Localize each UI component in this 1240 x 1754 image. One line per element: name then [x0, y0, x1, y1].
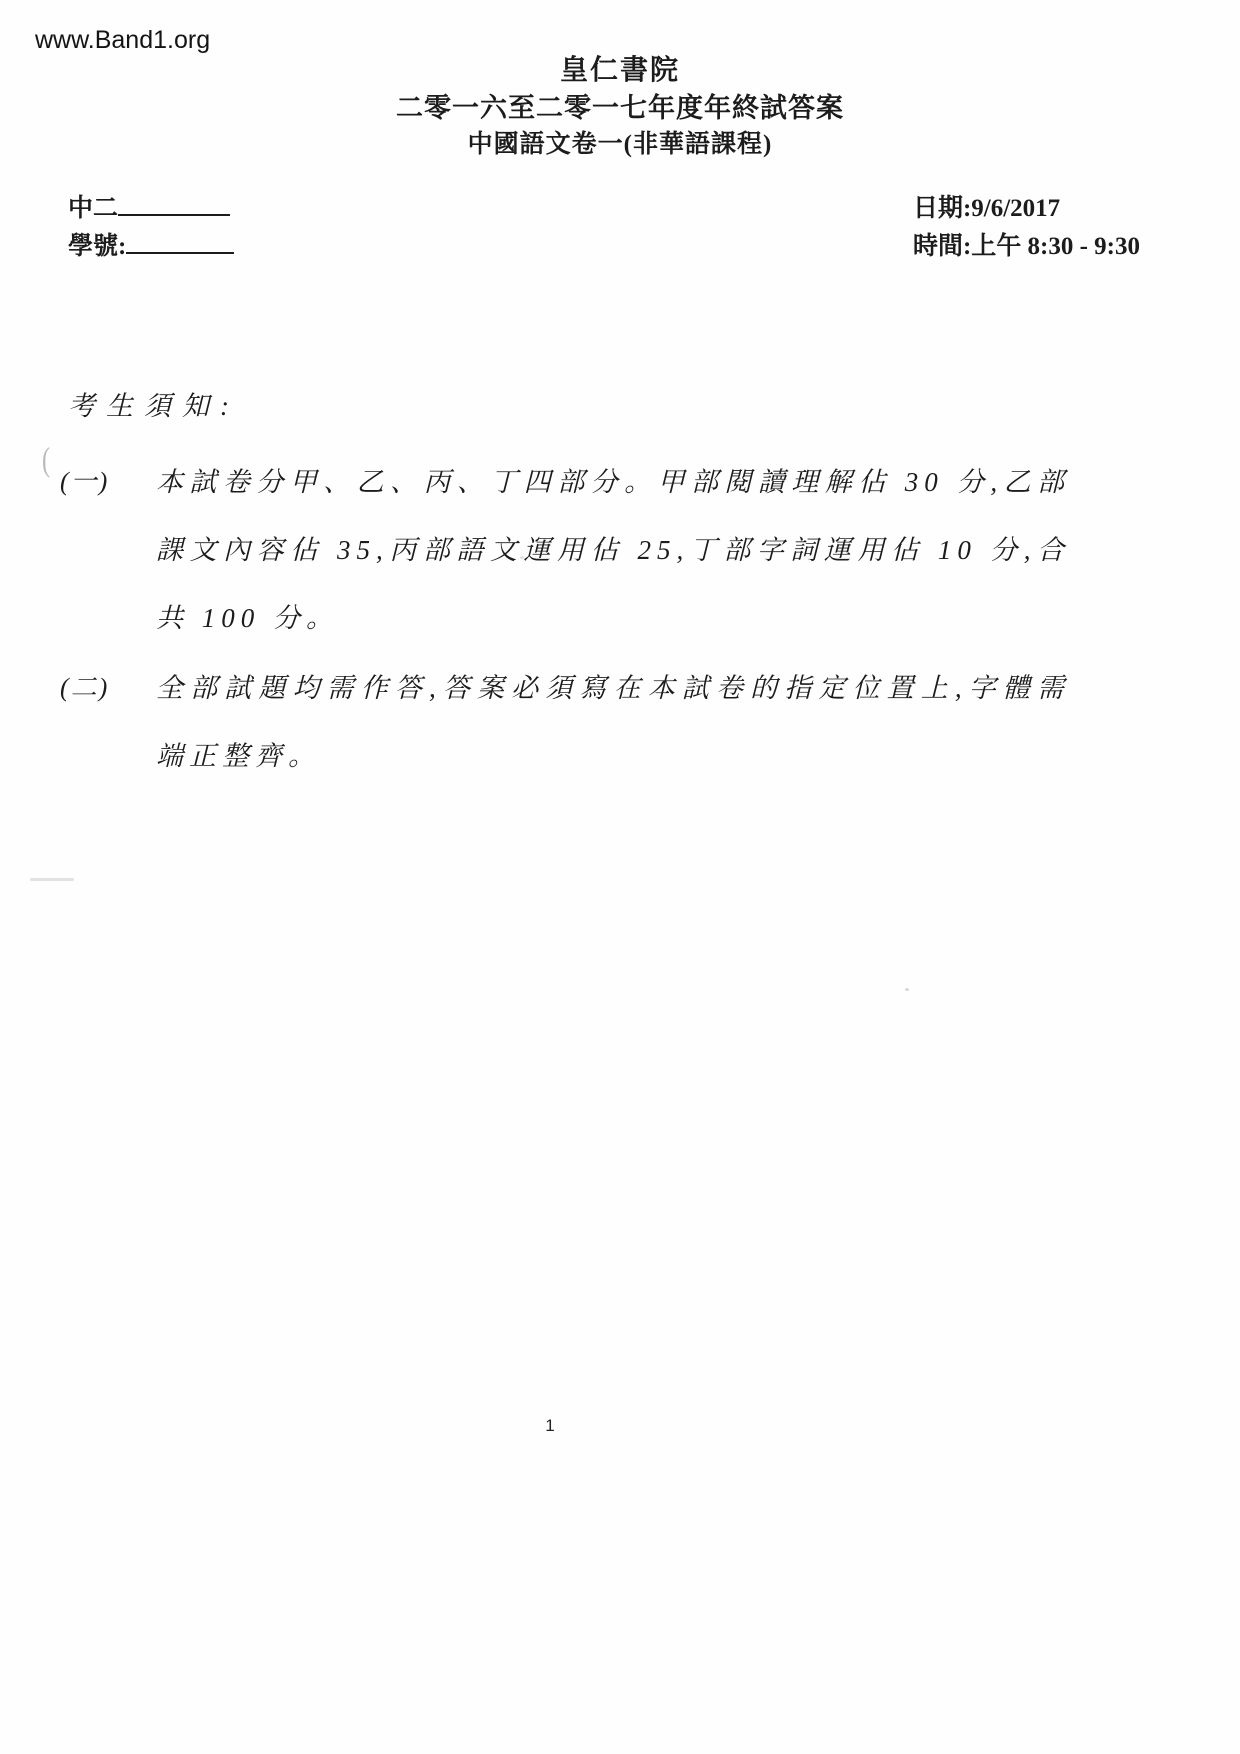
school-name: 皇仁書院	[0, 52, 1240, 90]
time-label: 時間:	[913, 233, 971, 260]
exam-title: 二零一六至二零一七年度年終試答案	[0, 90, 1240, 127]
class-row: 中二	[68, 190, 234, 228]
student-no-label: 學號:	[68, 233, 126, 260]
instructions-list: (一) 本試卷分甲、乙、丙、丁四部分。甲部閱讀理解佔 30 分,乙部課文內容佔 …	[60, 448, 1070, 792]
candidate-notice-heading: 考生須知:	[68, 384, 240, 423]
exam-info-block: 日期:9/6/2017 時間:上午 8:30 - 9:30	[913, 190, 1140, 266]
instruction-item: (二) 全部試題均需作答,答案必須寫在本試卷的指定位置上,字體需端正整齊。	[60, 654, 1070, 790]
class-blank-field	[118, 190, 230, 216]
time-row: 時間:上午 8:30 - 9:30	[913, 228, 1140, 266]
student-no-blank-field	[126, 228, 234, 254]
document-header: 皇仁書院 二零一六至二零一七年度年終試答案 中國語文卷一(非華語課程)	[0, 52, 1240, 163]
scanned-exam-page: www.Band1.org 皇仁書院 二零一六至二零一七年度年終試答案 中國語文…	[0, 0, 1240, 1754]
student-info-block: 中二 學號:	[68, 190, 234, 266]
date-label: 日期:	[913, 195, 971, 222]
instruction-text: 本試卷分甲、乙、丙、丁四部分。甲部閱讀理解佔 30 分,乙部課文內容佔 35,丙…	[156, 448, 1070, 652]
scan-artifact	[30, 878, 74, 881]
student-no-row: 學號:	[68, 228, 234, 266]
instruction-text: 全部試題均需作答,答案必須寫在本試卷的指定位置上,字體需端正整齊。	[156, 654, 1070, 790]
scan-artifact: (	[42, 443, 50, 481]
date-row: 日期:9/6/2017	[913, 190, 1140, 228]
date-value: 9/6/2017	[971, 195, 1060, 222]
watermark-site-url: www.Band1.org	[35, 26, 210, 55]
scan-artifact	[905, 988, 909, 991]
paper-title: 中國語文卷一(非華語課程)	[0, 127, 1240, 163]
info-row: 中二 學號: 日期:9/6/2017 時間:上午 8:30 - 9:30	[68, 190, 1140, 266]
instruction-item: (一) 本試卷分甲、乙、丙、丁四部分。甲部閱讀理解佔 30 分,乙部課文內容佔 …	[60, 448, 1070, 652]
class-label: 中二	[68, 195, 118, 222]
instruction-number: (一)	[60, 448, 156, 516]
time-value: 上午 8:30 - 9:30	[971, 233, 1140, 260]
page-number: 1	[0, 1416, 1100, 1436]
instruction-number: (二)	[60, 654, 156, 722]
